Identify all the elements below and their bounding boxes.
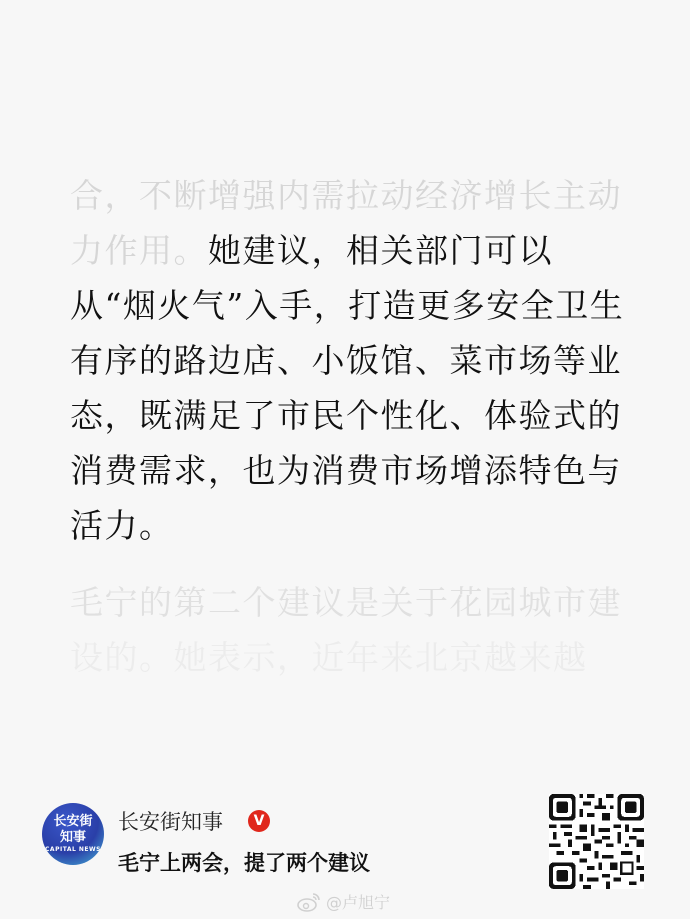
article-paragraph-1: 合，不断增强内需拉动经济增长主动 力作用。她建议，相关部门可以 从“烟火气”入手… [70, 168, 630, 553]
article-paragraph-2: 毛宁的第二个建议是关于花园城市建 设的。她表示，近年来北京越来越 [70, 575, 630, 685]
text-line-faded: 合，不断增强内需拉动经济增长主动 [70, 168, 630, 223]
text-line: 态，既满足了市民个性化、体验式的 [70, 388, 630, 443]
text-line: 活力。 [70, 498, 630, 553]
avatar-text: CAPITAL NEWS [45, 846, 101, 854]
text-line: 有序的路边店、小饭馆、菜市场等业 [70, 333, 630, 388]
watermark: @卢旭宁 [296, 890, 390, 913]
text-line: 从“烟火气”入手，打造更多安全卫生 [70, 278, 630, 333]
avatar-text: 长安街 [53, 814, 92, 830]
weibo-icon [296, 891, 322, 913]
text-dark: 她建议，相关部门可以 [208, 231, 553, 270]
text-line-faded: 毛宁的第二个建议是关于花园城市建 [70, 575, 630, 630]
verified-badge-icon: V [248, 810, 270, 832]
article-title[interactable]: 毛宁上两会，提了两个建议 [118, 847, 370, 877]
avatar-text: 知事 [60, 830, 86, 846]
watermark-text: @卢旭宁 [326, 890, 390, 913]
account-name[interactable]: 长安街知事 [118, 806, 223, 836]
text-line-mixed: 力作用。她建议，相关部门可以 [70, 223, 630, 278]
qr-code[interactable] [548, 794, 645, 889]
text-line: 消费需求，也为消费市场增添特色与 [70, 443, 630, 498]
text-faded: 力作用。 [70, 231, 208, 270]
avatar[interactable]: 长安街 知事 CAPITAL NEWS [42, 803, 104, 865]
text-line-faded: 设的。她表示，近年来北京越来越 [70, 630, 630, 685]
